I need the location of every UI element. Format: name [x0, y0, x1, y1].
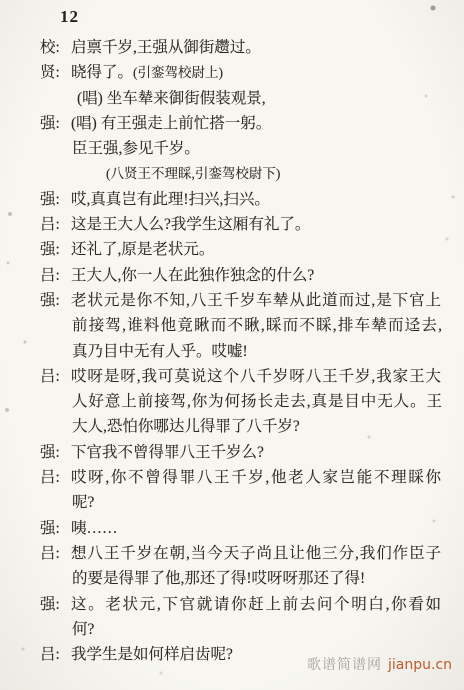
speaker-label: 吕: [40, 263, 71, 288]
dialogue-line: 呢? [0, 490, 464, 515]
dialogue-line: 前接驾,谁料他竟瞅而不瞅,睬而不睬,排车辇而迳去, [0, 313, 464, 338]
dialogue-line: 吕:哎呀是呀,我可莫说这个八千岁呀八王千岁,我家王大 [0, 364, 464, 389]
line-text: 人好意上前接驾,你为何扬长走去,真是目中无人。王 [72, 389, 442, 414]
line-text: 哎,真真岂有此理!扫兴,扫兴。 [71, 187, 441, 212]
line-text: 臣王强,参见千岁。 [72, 136, 442, 161]
dialogue-line: 人好意上前接驾,你为何扬长走去,真是目中无人。王 [0, 389, 464, 414]
dialogue-line: 吕:哎呀,你不曾得罪八王千岁,他老人家岂能不理睬你 [0, 465, 464, 490]
line-text: 呢? [72, 490, 442, 515]
dialogue-line: 大人,恐怕你哪达儿得罪了八千岁? [0, 414, 464, 439]
line-text: (唱) 坐车辇来御街假装观景, [77, 86, 266, 111]
speaker-label: 强: [40, 187, 71, 212]
speaker-label: 校: [40, 35, 71, 60]
speaker-label: 吕: [40, 642, 71, 667]
line-text: (八贤王不理睬,引銮驾校尉下) [106, 161, 280, 186]
line-text: 晓得了。(引銮驾校尉上) [71, 60, 441, 85]
line-text: 前接驾,谁料他竟瞅而不瞅,睬而不睬,排车辇而迳去, [72, 313, 442, 338]
speaker-label: 强: [40, 288, 71, 313]
dialogue-line: 何? [0, 617, 464, 642]
line-text: 咦…… [71, 516, 441, 541]
dialogue-line: 强:咦…… [0, 516, 464, 541]
stage-direction-inline: (引銮驾校尉上) [133, 65, 223, 80]
dialogue-line: 强:老状元是你不知,八王千岁车辇从此道而过,是下官上 [0, 288, 464, 313]
line-text: 这。老状元,下官就请你赶上前去问个明白,你看如 [71, 592, 441, 617]
line-text: 老状元是你不知,八王千岁车辇从此道而过,是下官上 [71, 288, 441, 313]
dialogue-line: 臣王强,参见千岁。 [0, 136, 464, 161]
speaker-label: 强: [40, 440, 71, 465]
dialogue-line: (八贤王不理睬,引銮驾校尉下) [0, 161, 464, 186]
dialogue-line: (唱) 坐车辇来御街假装观景, [0, 86, 464, 111]
dialogue-line: 吕:想八王千岁在朝,当今天子尚且让他三分,我们作臣子 [0, 541, 464, 566]
dialogue-line: 强:还礼了,原是老状元。 [0, 237, 464, 262]
line-text: 王大人,你一人在此独作独念的什么? [71, 263, 441, 288]
watermark: 歌谱简谱网jianpu.cn [307, 654, 452, 674]
dialogue-lines: 校:启禀千岁,王强从御街趱过。贤:晓得了。(引銮驾校尉上)(唱) 坐车辇来御街假… [0, 35, 464, 667]
watermark-site-url: jianpu.cn [388, 657, 452, 673]
speaker-label: 贤: [40, 60, 71, 85]
line-text: 想八王千岁在朝,当今天子尚且让他三分,我们作臣子 [71, 541, 441, 566]
dialogue-line: 强:下官我不曾得罪八王千岁么? [0, 440, 464, 465]
speaker-label: 强: [40, 111, 71, 136]
line-text: 真乃目中无有人乎。哎嘘! [72, 339, 442, 364]
dialogue-line: 校:启禀千岁,王强从御街趱过。 [0, 35, 464, 60]
dialogue-line: 真乃目中无有人乎。哎嘘! [0, 339, 464, 364]
dialogue-line: 贤:晓得了。(引銮驾校尉上) [0, 60, 464, 85]
line-text: (唱) 有王强走上前忙搭一躬。 [71, 111, 441, 136]
dialogue-line: 强:哎,真真岂有此理!扫兴,扫兴。 [0, 187, 464, 212]
dialogue-line: 强:这。老状元,下官就请你赶上前去问个明白,你看如 [0, 592, 464, 617]
dialogue-line: 吕:王大人,你一人在此独作独念的什么? [0, 263, 464, 288]
scan-noise [0, 0, 2, 2]
dialogue-line: 强:(唱) 有王强走上前忙搭一躬。 [0, 111, 464, 136]
speaker-label: 强: [40, 592, 71, 617]
watermark-site-name: 歌谱简谱网 [307, 657, 382, 673]
line-text: 何? [72, 617, 442, 642]
line-text: 大人,恐怕你哪达儿得罪了八千岁? [72, 414, 442, 439]
speaker-label: 吕: [40, 364, 71, 389]
line-text: 下官我不曾得罪八王千岁么? [71, 440, 441, 465]
scanned-script-page: 12 校:启禀千岁,王强从御街趱过。贤:晓得了。(引銮驾校尉上)(唱) 坐车辇来… [0, 0, 464, 690]
speaker-label: 强: [40, 237, 71, 262]
line-text: 哎呀,你不曾得罪八王千岁,他老人家岂能不理睬你 [71, 465, 441, 490]
line-text: 这是王大人么?我学生这厢有礼了。 [71, 212, 441, 237]
line-text: 的要是得罪了他,那还了得!哎呀呀那还了得! [72, 566, 442, 591]
speaker-label: 强: [40, 516, 71, 541]
speaker-label: 吕: [40, 465, 71, 490]
line-text: 还礼了,原是老状元。 [71, 237, 441, 262]
speaker-label: 吕: [40, 212, 71, 237]
page-number: 12 [60, 7, 79, 27]
line-text: 启禀千岁,王强从御街趱过。 [71, 35, 441, 60]
dialogue-line: 吕:这是王大人么?我学生这厢有礼了。 [0, 212, 464, 237]
speaker-label: 吕: [40, 541, 71, 566]
dialogue-line: 的要是得罪了他,那还了得!哎呀呀那还了得! [0, 566, 464, 591]
line-text: 哎呀是呀,我可莫说这个八千岁呀八王千岁,我家王大 [71, 364, 441, 389]
